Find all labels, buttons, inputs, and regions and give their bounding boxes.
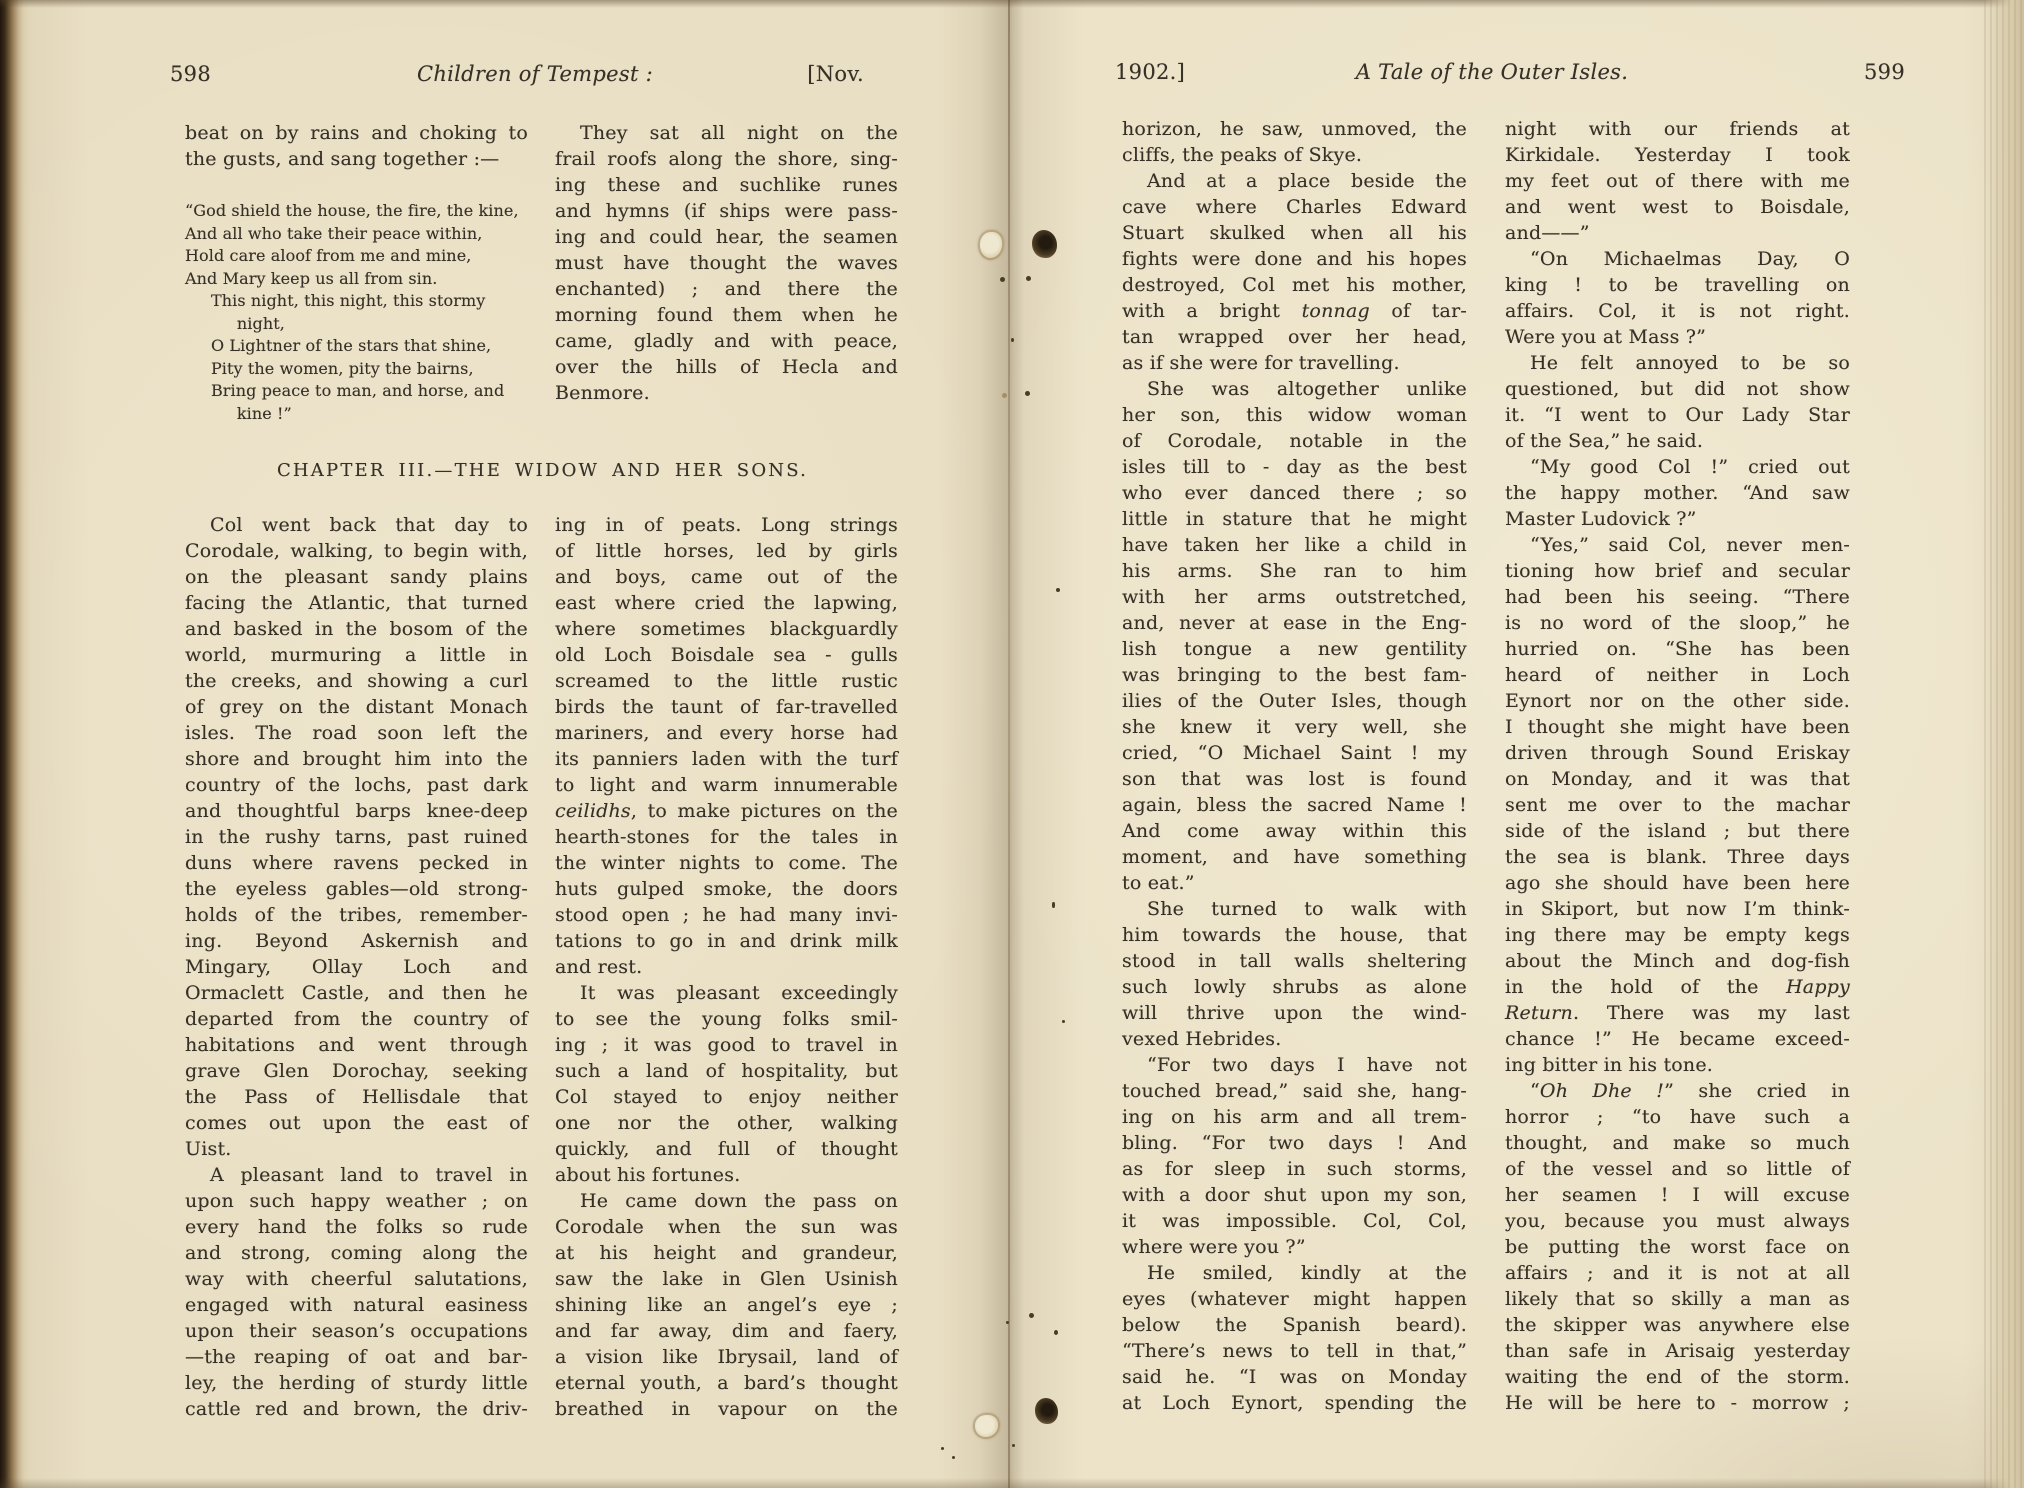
text-line: the gusts, and sang together :— [185,146,528,172]
text-line: “Yes,” said Col, never men- [1505,532,1850,558]
text-line: his arms. She ran to him [1122,558,1467,584]
text-line: on the pleasant sandy plains [185,564,528,590]
text-line: driven through Sound Eriskay [1505,740,1850,766]
text-line: “On Michaelmas Day, O [1505,246,1850,272]
binding-edge [0,0,30,1488]
text-line: ceilidhs, to make pictures on the [555,798,898,824]
text-line: at Loch Eynort, spending the [1122,1390,1467,1416]
text-line: with a bright tonnag of tar- [1122,298,1467,324]
speck-icon [1052,902,1055,908]
paragraph: “Yes,” said Col, never men-tioning how b… [1505,532,1850,1078]
text-line: morning found them when he [555,302,898,328]
text-line: in Skiport, but now I’m think- [1505,896,1850,922]
text-line: He will be here to - morrow ; [1505,1390,1850,1416]
text-line: huts gulped smoke, the doors [555,876,898,902]
text-line: facing the Atlantic, that turned [185,590,528,616]
text-line: cave where Charles Edward [1122,194,1467,220]
speck-icon [1056,588,1060,592]
left-running-title: Children of Tempest : [170,60,900,88]
speck-icon [1000,277,1005,282]
text-line: screamed to the little rustic [555,668,898,694]
text-line: and strong, coming along the [185,1240,528,1266]
text-line: bling. “For two days ! And [1122,1130,1467,1156]
text-line: the skipper was anywhere else [1505,1312,1850,1338]
left-top-section: beat on by rains and choking tothe gusts… [185,120,900,450]
text-line: kine !” [185,403,528,426]
text-line: in the hold of the Happy [1505,974,1850,1000]
text-line: Pity the women, pity the bairns, [185,358,528,381]
text-line: son that was lost is found [1122,766,1467,792]
text-line: to eat.” [1122,870,1467,896]
text-line: of grey on the distant Monach [185,694,528,720]
text-line: said he. “I was on Monday [1122,1364,1467,1390]
text-line: hearth-stones for the tales in [555,824,898,850]
page-bottom-edge [0,1478,2024,1488]
page-top-edge [0,0,2024,8]
text-line: O Lightner of the stars that shine, [185,335,528,358]
text-line: ilies of the Outer Isles, though [1122,688,1467,714]
text-line: “My good Col !” cried out [1505,454,1850,480]
text-line: questioned, but did not show [1505,376,1850,402]
text-line: “There’s news to tell in that,” [1122,1338,1467,1364]
text-line: must have thought the waves [555,250,898,276]
left-bottom-column-1: Col went back that day toCorodale, walki… [185,512,528,1422]
text-line: He felt annoyed to be so [1505,350,1850,376]
speck-icon [1026,276,1031,281]
speck-icon [1006,1321,1009,1324]
text-line: with a door shut upon my son, [1122,1182,1467,1208]
speck-icon [952,1456,955,1459]
text-line: enchanted) ; and there the [555,276,898,302]
text-line: its panniers laden with the turf [555,746,898,772]
text-line: heard of neither in Loch [1505,662,1850,688]
text-line: will thrive upon the wind- [1122,1000,1467,1026]
text-line: This night, this night, this stormy [185,290,528,313]
text-line: vexed Hebrides. [1122,1026,1467,1052]
text-line: Col stayed to enjoy neither [555,1084,898,1110]
paragraph: It was pleasant exceedinglyto see the yo… [555,980,898,1188]
text-line: touched bread,” said she, hang- [1122,1078,1467,1104]
text-line: side of the island ; but there [1505,818,1850,844]
text-line: holds of the tribes, remember- [185,902,528,928]
paragraph: beat on by rains and choking tothe gusts… [185,120,528,172]
text-line: fights were done and his hopes [1122,246,1467,272]
text-line: to light and warm innumerable [555,772,898,798]
text-line: little in stature that he might [1122,506,1467,532]
text-line: as if she were for travelling. [1122,350,1467,376]
wormhole-dark-icon [1032,230,1057,258]
text-line: thought, and make so much [1505,1130,1850,1156]
text-line: birds the taunt of far-travelled [555,694,898,720]
text-line: saw the lake in Glen Usinish [555,1266,898,1292]
text-line: departed from the country of [185,1006,528,1032]
text-line: ing on his arm and all trem- [1122,1104,1467,1130]
left-top-column-2: They sat all night on thefrail roofs alo… [555,120,898,406]
text-line: horror ; “to have such a [1505,1104,1850,1130]
text-line: about the Minch and dog-fish [1505,948,1850,974]
text-line: —the reaping of oat and bar- [185,1344,528,1370]
text-line: of the Sea,” he said. [1505,428,1850,454]
text-line: where were you ?” [1122,1234,1467,1260]
speck-icon [1002,393,1007,398]
text-line: Master Ludovick ?” [1505,506,1850,532]
text-line: the creeks, and showing a curl [185,668,528,694]
text-line: And all who take their peace within, [185,223,528,246]
text-line: one nor the other, walking [555,1110,898,1136]
text-line: old Loch Boisdale sea - gulls [555,642,898,668]
text-line: Mingary, Ollay Loch and [185,954,528,980]
text-line: It was pleasant exceedingly [555,980,898,1006]
text-line: have taken her like a child in [1122,532,1467,558]
text-line: and——” [1505,220,1850,246]
text-line: is no word of the sloop,” he [1505,610,1850,636]
text-line: And come away within this [1122,818,1467,844]
issue-month: [Nov. [807,60,864,88]
text-line: tan wrapped over her head, [1122,324,1467,350]
text-line: Stuart skulked when all his [1122,220,1467,246]
text-line: east where cried the lapwing, [555,590,898,616]
text-line: Corodale when the sun was [555,1214,898,1240]
text-line: stood in tall walls sheltering [1122,948,1467,974]
text-line: cattle red and brown, the driv- [185,1396,528,1422]
text-line: moment, and have something [1122,844,1467,870]
chapter-heading: CHAPTER III.—THE WIDOW AND HER SONS. [185,456,900,486]
paragraph: He smiled, kindly at theeyes (whatever m… [1122,1260,1467,1416]
text-line: “Oh Dhe !” she cried in [1505,1078,1850,1104]
text-line: And Mary keep us all from sin. [185,268,528,291]
text-line: shining like an angel’s eye ; [555,1292,898,1318]
text-line: “God shield the house, the fire, the kin… [185,200,528,223]
text-line: the eyeless gables—old strong- [185,876,528,902]
right-running-title: A Tale of the Outer Isles. [1097,58,1887,86]
text-line: chance !” He became exceed- [1505,1026,1850,1052]
text-line: breathed in vapour on the [555,1396,898,1422]
text-line: Return. There was my last [1505,1000,1850,1026]
text-line: and boys, came out of the [555,564,898,590]
text-line: to see the young folks smil- [555,1006,898,1032]
wormhole-dark-icon [1035,1398,1058,1424]
left-page-header: 598 Children of Tempest : [Nov. [170,60,900,90]
text-line: and far away, dim and faery, [555,1318,898,1344]
text-line: destroyed, Col met his mother, [1122,272,1467,298]
text-line: beat on by rains and choking to [185,120,528,146]
right-page-number: 599 [1864,58,1905,86]
text-line: mariners, and every horse had [555,720,898,746]
text-line: her seamen ! I will excuse [1505,1182,1850,1208]
text-line: hurried on. “She has been [1505,636,1850,662]
text-line: him towards the house, that [1122,922,1467,948]
text-line: and went west to Boisdale, [1505,194,1850,220]
text-line: it was impossible. Col, Col, [1122,1208,1467,1234]
text-line: of little horses, led by girls [555,538,898,564]
right-columns-section: horizon, he saw, unmoved, thecliffs, the… [1122,116,1845,1446]
text-line: Hold care aloof from me and mine, [185,245,528,268]
page-stack-edge [1984,0,2024,1488]
left-bottom-section: Col went back that day toCorodale, walki… [185,512,900,1462]
text-line: night with our friends at [1505,116,1850,142]
speck-icon [1011,338,1014,342]
text-line: Ormaclett Castle, and then he [185,980,528,1006]
text-line: Kirkidale. Yesterday I took [1505,142,1850,168]
text-line: isles. The road soon left the [185,720,528,746]
text-line: Col went back that day to [185,512,528,538]
paragraph: ing in of peats. Long stringsof little h… [555,512,898,980]
text-line: her son, this widow woman [1122,402,1467,428]
text-line: frail roofs along the shore, sing- [555,146,898,172]
text-line: on Monday, and it was that [1505,766,1850,792]
text-line: waiting the end of the storm. [1505,1364,1850,1390]
text-line: Benmore. [555,380,898,406]
text-line: in the rushy tarns, past ruined [185,824,528,850]
text-line: below the Spanish beard). [1122,1312,1467,1338]
text-line: as for sleep in such storms, [1122,1156,1467,1182]
text-line: cliffs, the peaks of Skye. [1122,142,1467,168]
text-line: affairs. Col, it is not right. [1505,298,1850,324]
text-line: ley, the herding of sturdy little [185,1370,528,1396]
text-line: night, [185,313,528,336]
text-line: my feet out of there with me [1505,168,1850,194]
text-line: I thought she might have been [1505,714,1850,740]
text-line: over the hills of Hecla and [555,354,898,380]
paragraph: A pleasant land to travel inupon such ha… [185,1162,528,1422]
text-line: And at a place beside the [1122,168,1467,194]
paragraph: Col went back that day toCorodale, walki… [185,512,528,1162]
text-line: ing in of peats. Long strings [555,512,898,538]
text-line: than safe in Arisaig yesterday [1505,1338,1850,1364]
text-line: upon such happy weather ; on [185,1188,528,1214]
text-line: it. “I went to Our Lady Star [1505,402,1850,428]
text-line: who ever danced there ; so [1122,480,1467,506]
text-line: king ! to be travelling on [1505,272,1850,298]
text-line: ing there may be empty kegs [1505,922,1850,948]
speck-icon [1062,1020,1065,1023]
text-line: Corodale, walking, to begin with, [185,538,528,564]
text-line: lish tongue a new gentility [1122,636,1467,662]
text-line: comes out upon the east of [185,1110,528,1136]
paragraph: night with our friends atKirkidale. Yest… [1505,116,1850,246]
left-top-column-1: beat on by rains and choking tothe gusts… [185,120,528,425]
text-line: way with cheerful salutations, [185,1266,528,1292]
paragraph: She was altogether unlikeher son, this w… [1122,376,1467,896]
book-gutter [938,0,1084,1488]
left-bottom-column-2: ing in of peats. Long stringsof little h… [555,512,898,1422]
text-line: every hand the folks so rude [185,1214,528,1240]
speck-icon [941,1447,944,1450]
text-line: sent me over to the machar [1505,792,1850,818]
text-line: Were you at Mass ?” [1505,324,1850,350]
text-line: country of the lochs, past dark [185,772,528,798]
text-line: again, bless the sacred Name ! [1122,792,1467,818]
book-scan: { "palette": { "paper": "#e9dfc4", "pape… [0,0,2024,1488]
text-line: at his height and grandeur, [555,1240,898,1266]
text-line: where sometimes blackguardly [555,616,898,642]
text-line: the sea is blank. Three days [1505,844,1850,870]
text-line: She turned to walk with [1122,896,1467,922]
right-page-header: 1902.] A Tale of the Outer Isles. 599 [1115,58,1905,88]
text-line: tioning how brief and secular [1505,558,1850,584]
speck-icon [1029,1313,1034,1318]
text-line: They sat all night on the [555,120,898,146]
paragraph: They sat all night on thefrail roofs alo… [555,120,898,406]
text-line: eyes (whatever might happen [1122,1286,1467,1312]
text-line: isles till to - day as the best [1122,454,1467,480]
text-line: the happy mother. “And saw [1505,480,1850,506]
speck-icon [1025,391,1030,396]
text-line: quickly, and full of thought [555,1136,898,1162]
text-line: world, murmuring a little in [185,642,528,668]
text-line: such lowly shrubs as alone [1122,974,1467,1000]
paragraph: “For two days I have nottouched bread,” … [1122,1052,1467,1260]
text-line: had been his seeing. “There [1505,584,1850,610]
text-line: ing bitter in his tone. [1505,1052,1850,1078]
text-line: He smiled, kindly at the [1122,1260,1467,1286]
text-line: habitations and went through [185,1032,528,1058]
paragraph: “Oh Dhe !” she cried inhorror ; “to have… [1505,1078,1850,1416]
text-line: about his fortunes. [555,1162,898,1188]
paragraph: She turned to walk withhim towards the h… [1122,896,1467,1052]
text-line: and basked in the bosom of the [185,616,528,642]
text-line: Bring peace to man, and horse, and [185,380,528,403]
text-line: tations to go in and drink milk [555,928,898,954]
text-line: A pleasant land to travel in [185,1162,528,1188]
text-line: duns where ravens pecked in [185,850,528,876]
text-line: ing. Beyond Askernish and [185,928,528,954]
text-line: and rest. [555,954,898,980]
text-line: “For two days I have not [1122,1052,1467,1078]
text-line: Uist. [185,1136,528,1162]
text-line: and hymns (if ships were pass- [555,198,898,224]
text-line: Eynort nor on the other side. [1505,688,1850,714]
paragraph: “My good Col !” cried outthe happy mothe… [1505,454,1850,532]
paragraph: And at a place beside thecave where Char… [1122,168,1467,376]
text-line: horizon, he saw, unmoved, the [1122,116,1467,142]
text-line: of the vessel and so little of [1505,1156,1850,1182]
text-line: and, never at ease in the Eng- [1122,610,1467,636]
text-line: ing these and suchlike runes [555,172,898,198]
text-line: ing and could hear, the seamen [555,224,898,250]
text-line: stood open ; he had many invi- [555,902,898,928]
text-line: shore and brought him into the [185,746,528,772]
text-line: with her arms outstretched, [1122,584,1467,610]
text-line: such a land of hospitality, but [555,1058,898,1084]
text-line: ing ; it was good to travel in [555,1032,898,1058]
text-line: engaged with natural easiness [185,1292,528,1318]
text-line: a vision like Ibrysail, land of [555,1344,898,1370]
text-line: the Pass of Hellisdale that [185,1084,528,1110]
right-column-2: night with our friends atKirkidale. Yest… [1505,116,1850,1416]
speck-icon [1012,1444,1015,1447]
text-line: came, gladly and with peace, [555,328,898,354]
text-line: ago she should have been here [1505,870,1850,896]
verse-block: “God shield the house, the fire, the kin… [185,200,528,425]
paragraph: He felt annoyed to be soquestioned, but … [1505,350,1850,454]
text-line: was bringing to the best fam- [1122,662,1467,688]
text-line: grave Glen Dorochay, seeking [185,1058,528,1084]
fold-line-icon [1008,0,1010,1488]
speck-icon [1054,1330,1058,1335]
paragraph: He came down the pass onCorodale when th… [555,1188,898,1422]
text-line: She was altogether unlike [1122,376,1467,402]
text-line: He came down the pass on [555,1188,898,1214]
text-line: be putting the worst face on [1505,1234,1850,1260]
text-line: upon their season’s occupations [185,1318,528,1344]
right-column-1: horizon, he saw, unmoved, thecliffs, the… [1122,116,1467,1416]
text-line: likely that so skilly a man as [1505,1286,1850,1312]
text-line: she knew it very well, she [1122,714,1467,740]
text-line: affairs ; and it is not at all [1505,1260,1850,1286]
text-line: of Corodale, notable in the [1122,428,1467,454]
paragraph: “On Michaelmas Day, Oking ! to be travel… [1505,246,1850,350]
text-line: eternal youth, a bard’s thought [555,1370,898,1396]
text-line: the winter nights to come. The [555,850,898,876]
text-line: cried, “O Michael Saint ! my [1122,740,1467,766]
text-line: and thoughtful barps knee-deep [185,798,528,824]
paragraph: horizon, he saw, unmoved, thecliffs, the… [1122,116,1467,168]
text-line: you, because you must always [1505,1208,1850,1234]
